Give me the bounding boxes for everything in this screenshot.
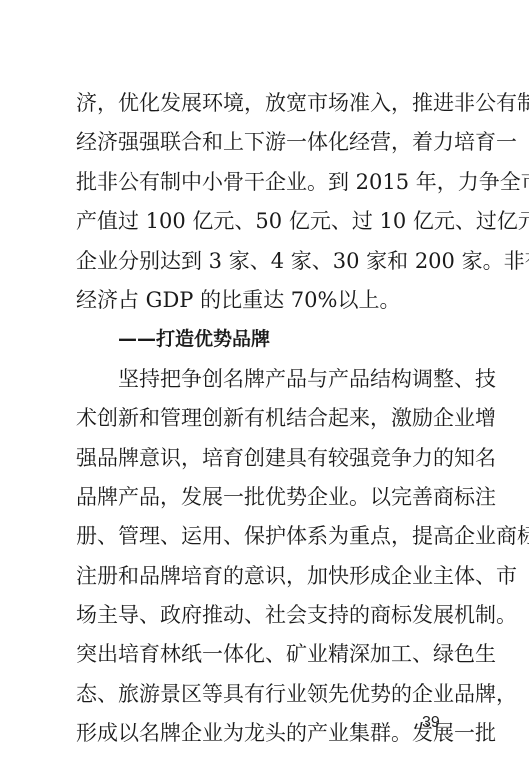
text-line: 场主导、政府推动、社会支持的商标发展机制。: [76, 596, 454, 635]
text-line: 品牌产品，发展一批优势企业。以完善商标注: [76, 478, 454, 517]
text-line: 突出培育林纸一体化、矿业精深加工、绿色生: [76, 635, 454, 674]
text-line: 术创新和管理创新有机结合起来，激励企业增: [76, 399, 454, 438]
text-line: 企业分别达到 3 家、4 家、30 家和 200 家。非有制: [76, 242, 454, 281]
text-line: 形成以名牌企业为龙头的产业集群。发展一批: [76, 714, 454, 753]
page-body: 济，优化发展环境，放宽市场准入，推进非公有制 经济强强联合和上下游一体化经营，着…: [76, 84, 454, 754]
text-line: 坚持把争创名牌产品与产品结构调整、技: [76, 360, 454, 399]
text-line: 经济强强联合和上下游一体化经营，着力培育一: [76, 123, 454, 162]
text-line: 册、管理、运用、保护体系为重点，提高企业商标: [76, 517, 454, 556]
text-line: 强品牌意识，培育创建具有较强竞争力的知名: [76, 439, 454, 478]
text-line: 注册和品牌培育的意识，加快形成企业主体、市: [76, 557, 454, 596]
page-number: 39: [422, 714, 440, 732]
text-line: 经济占 GDP 的比重达 70%以上。: [76, 281, 454, 320]
section-heading: ——打造优势品牌: [76, 320, 454, 359]
text-line: 济，优化发展环境，放宽市场准入，推进非公有制: [76, 84, 454, 123]
text-line: 产值过 100 亿元、50 亿元、过 10 亿元、过亿元的: [76, 202, 454, 241]
text-line: 态、旅游景区等具有行业领先优势的企业品牌，: [76, 675, 454, 714]
text-line: 批非公有制中小骨干企业。到 2015 年，力争全市: [76, 163, 454, 202]
